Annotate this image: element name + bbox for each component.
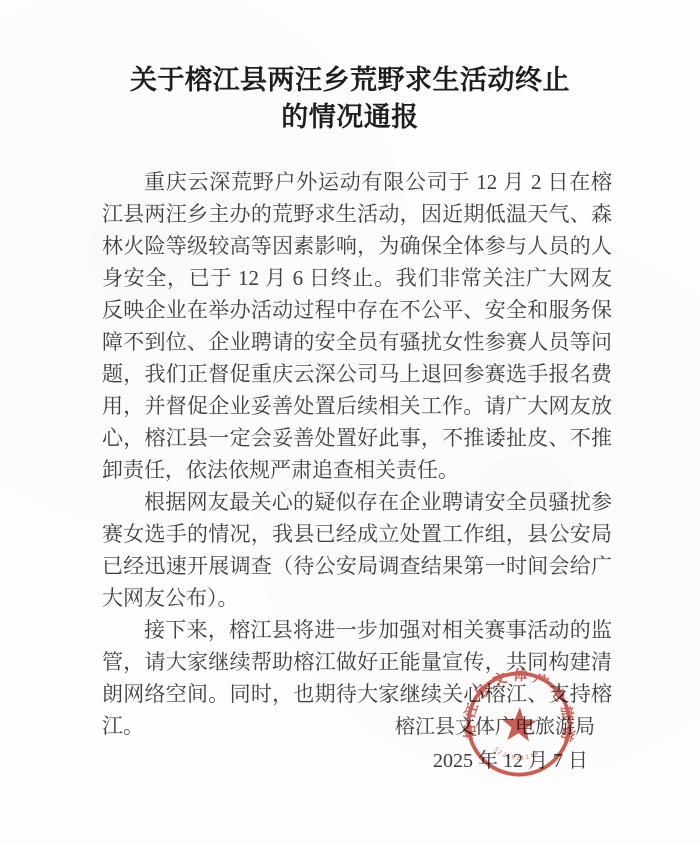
document-page: 关于榕江县两汪乡荒野求生活动终止 的情况通报 重庆云深荒野户外运动有限公司于 1… — [0, 0, 700, 844]
signature-block: 榕江县文体广电旅游局 2025 年 12 月 7 日 — [395, 710, 612, 778]
title-line-1: 关于榕江县两汪乡荒野求生活动终止 — [0, 62, 700, 99]
signature-organization: 榕江县文体广电旅游局 — [395, 710, 612, 744]
title-line-2: 的情况通报 — [0, 99, 700, 136]
signature-date: 2025 年 12 月 7 日 — [395, 744, 612, 778]
document-body: 重庆云深荒野户外运动有限公司于 12 月 2 日在榕江县两汪乡主办的荒野求生活动… — [102, 166, 612, 742]
paragraph-1: 重庆云深荒野户外运动有限公司于 12 月 2 日在榕江县两汪乡主办的荒野求生活动… — [102, 166, 612, 486]
document-title: 关于榕江县两汪乡荒野求生活动终止 的情况通报 — [0, 62, 700, 136]
paragraph-2: 根据网友最关心的疑似存在企业聘请安全员骚扰参赛女选手的情况，我县已经成立处置工作… — [102, 486, 612, 614]
